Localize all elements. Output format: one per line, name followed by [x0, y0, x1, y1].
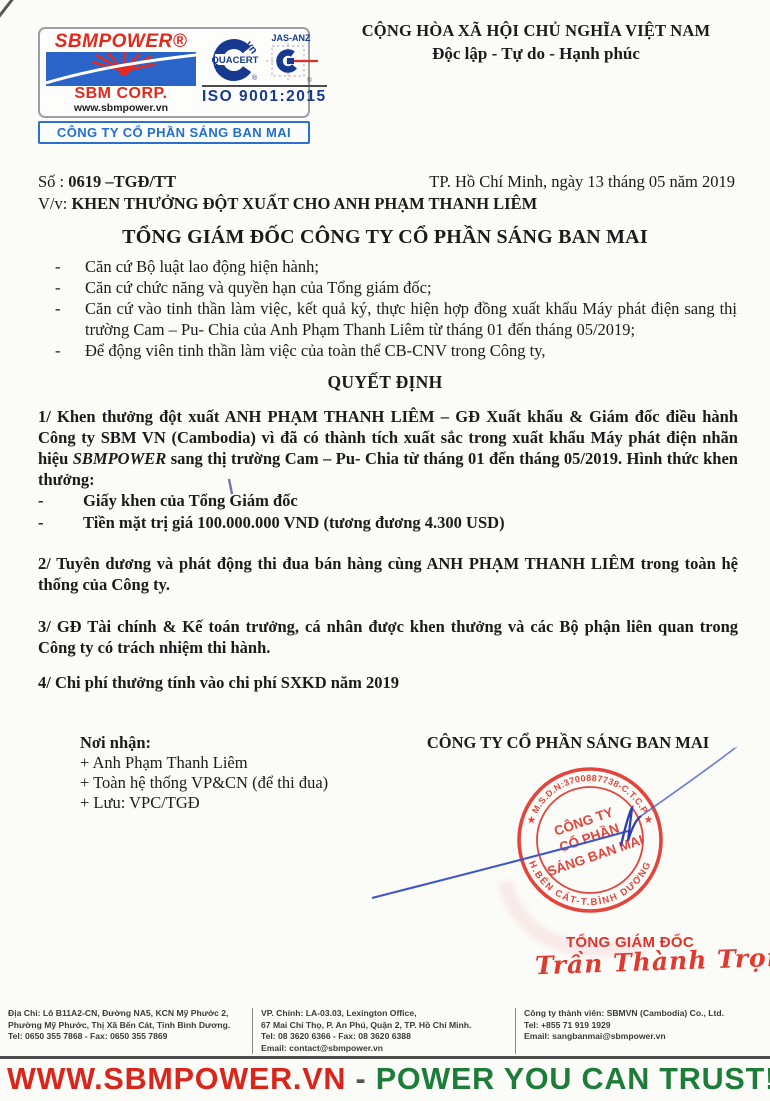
- decision-item-3: 3/ GĐ Tài chính & Kế toán trưởng, cá nhâ…: [38, 616, 738, 658]
- list-item: -Căn cứ vào tinh thần làm việc, kết quả …: [55, 298, 737, 340]
- decision-item-2: 2/ Tuyên dương và phát động thi đua bán …: [38, 553, 738, 595]
- brand-mention: SBMPOWER: [73, 449, 167, 468]
- document-number: Số : 0619 –TGĐ/TT: [38, 172, 176, 192]
- footer-line: Phường Mỹ Phước, Thị Xã Bến Cát, Tỉnh Bì…: [8, 1020, 246, 1032]
- sbm-corp-text: SBM CORP.: [74, 86, 167, 102]
- recipients-block: Nơi nhận: + Anh Phạm Thanh Liêm + Toàn h…: [80, 733, 328, 813]
- sunburst-icon: [46, 52, 196, 86]
- place-date: TP. Hồ Chí Minh, ngày 13 tháng 05 năm 20…: [429, 172, 735, 192]
- decision-heading: QUYẾT ĐỊNH: [0, 372, 770, 393]
- list-item: -Căn cứ chức năng và quyền hạn của Tổng …: [55, 277, 737, 298]
- document-title: TỔNG GIÁM ĐỐC CÔNG TY CỔ PHẦN SÁNG BAN M…: [0, 226, 770, 249]
- jas-anz-icon: JAS-ANZ ®: [263, 32, 319, 84]
- signing-company-name: CÔNG TY CỔ PHẦN SÁNG BAN MAI: [418, 733, 718, 753]
- footer-address-column: Địa Chỉ: Lô B11A2-CN, Đường NA5, KCN Mỹ …: [8, 1008, 252, 1054]
- footer-line: 67 Mai Chí Thọ, P. An Phú, Quận 2, TP. H…: [261, 1020, 509, 1032]
- sbmpower-brand-text: SBMPOWER®: [55, 32, 188, 52]
- svg-text:®: ®: [307, 76, 312, 84]
- svg-text:vn: vn: [243, 39, 260, 57]
- svg-text:JAS-ANZ: JAS-ANZ: [272, 33, 312, 43]
- scan-artifact-mark: [0, 0, 15, 27]
- footer-line: Tel: 08 3620 6366 - Fax: 08 3620 6388: [261, 1031, 509, 1043]
- footer-line: Công ty thành viên: SBMVN (Cambodia) Co.…: [524, 1008, 760, 1020]
- footer-office-column: VP. Chính: LA-03.03, Lexington Office, 6…: [252, 1008, 515, 1054]
- national-motto-line1: CỘNG HÒA XÃ HỘI CHỦ NGHĨA VIỆT NAM: [330, 21, 742, 41]
- footer-line: Địa Chỉ: Lô B11A2-CN, Đường NA5, KCN Mỹ …: [8, 1008, 246, 1020]
- sbmpower-logo-block: SBMPOWER® SBM CORP. www.sbmpower.vn: [38, 27, 310, 144]
- recipient-item: + Anh Phạm Thanh Liêm: [80, 753, 328, 773]
- footer-line: Tel: 0650 355 7868 - Fax: 0650 355 7869: [8, 1031, 246, 1043]
- recipient-item: + Lưu: VPC/TGĐ: [80, 793, 328, 813]
- banner-url: WWW.SBMPOWER.VN: [7, 1061, 346, 1096]
- svg-text:®: ®: [252, 74, 258, 82]
- list-item: -Tiền mặt trị giá 100.000.000 VND (tương…: [38, 512, 738, 534]
- recipients-label: Nơi nhận:: [80, 733, 328, 753]
- footer-line: Tel: +855 71 919 1929: [524, 1020, 760, 1032]
- footer-line: VP. Chính: LA-03.03, Lexington Office,: [261, 1008, 509, 1020]
- sbmpower-brand-column: SBMPOWER® SBM CORP. www.sbmpower.vn: [46, 32, 196, 114]
- sbmpower-logo-box: SBMPOWER® SBM CORP. www.sbmpower.vn: [38, 27, 310, 118]
- footer-subsidiary-column: Công ty thành viên: SBMVN (Cambodia) Co.…: [515, 1008, 766, 1054]
- footer-contact-bar: Địa Chỉ: Lô B11A2-CN, Đường NA5, KCN Mỹ …: [8, 1008, 766, 1054]
- website-text: www.sbmpower.vn: [74, 102, 168, 114]
- company-stamp: ★ M.S.D.N:3700887738-C.T.C.P ★ H.BẾN CÁT…: [512, 762, 668, 918]
- document-page: SBMPOWER® SBM CORP. www.sbmpower.vn: [0, 0, 770, 1101]
- document-number-row: Số : 0619 –TGĐ/TT TP. Hồ Chí Minh, ngày …: [38, 172, 735, 192]
- recipient-item: + Toàn hệ thống VP&CN (để thi đua): [80, 773, 328, 793]
- considerations-list: -Căn cứ Bộ luật lao động hiện hành; -Căn…: [55, 256, 737, 361]
- subject-line: V/v: KHEN THƯỞNG ĐỘT XUẤT CHO ANH PHẠM T…: [38, 194, 537, 214]
- decision-body: 1/ Khen thưởng đột xuất ANH PHẠM THANH L…: [38, 406, 738, 693]
- quacert-icon: vn QUACERT ®: [209, 32, 261, 84]
- decision-item-4: 4/ Chi phí thưởng tính vào chi phí SXKD …: [38, 672, 738, 693]
- subject-label: V/v:: [38, 194, 67, 213]
- website-banner: WWW.SBMPOWER.VN - POWER YOU CAN TRUST!: [7, 1061, 770, 1097]
- certification-column: vn QUACERT ® JAS-ANZ: [202, 32, 327, 114]
- list-item: -Giấy khen của Tổng Giám đốc: [38, 490, 738, 512]
- footer-line: Email: sangbanmai@sbmpower.vn: [524, 1031, 760, 1043]
- list-item: -Căn cứ Bộ luật lao động hiện hành;: [55, 256, 737, 277]
- svg-text:QUACERT: QUACERT: [212, 55, 259, 66]
- reward-bullets: -Giấy khen của Tổng Giám đốc -Tiền mặt t…: [38, 490, 738, 534]
- iso-certification-text: ISO 9001:2015: [202, 85, 327, 106]
- footer-divider-line: [0, 1056, 770, 1059]
- company-name-strip: CÔNG TY CỔ PHẦN SÁNG BAN MAI: [38, 121, 310, 144]
- list-item: -Để động viên tinh thần làm việc của toà…: [55, 340, 737, 361]
- banner-slogan: POWER YOU CAN TRUST!: [376, 1061, 770, 1096]
- decision-item-1: 1/ Khen thưởng đột xuất ANH PHẠM THANH L…: [38, 406, 738, 490]
- national-motto-line2: Độc lập - Tự do - Hạnh phúc: [330, 44, 742, 64]
- subject-text: KHEN THƯỞNG ĐỘT XUẤT CHO ANH PHẠM THANH …: [71, 194, 537, 213]
- national-header: CỘNG HÒA XÃ HỘI CHỦ NGHĨA VIỆT NAM Độc l…: [330, 21, 742, 64]
- signer-name: Trần Thành Trọng: [535, 945, 726, 981]
- footer-line: Email: contact@sbmpower.vn: [261, 1043, 509, 1055]
